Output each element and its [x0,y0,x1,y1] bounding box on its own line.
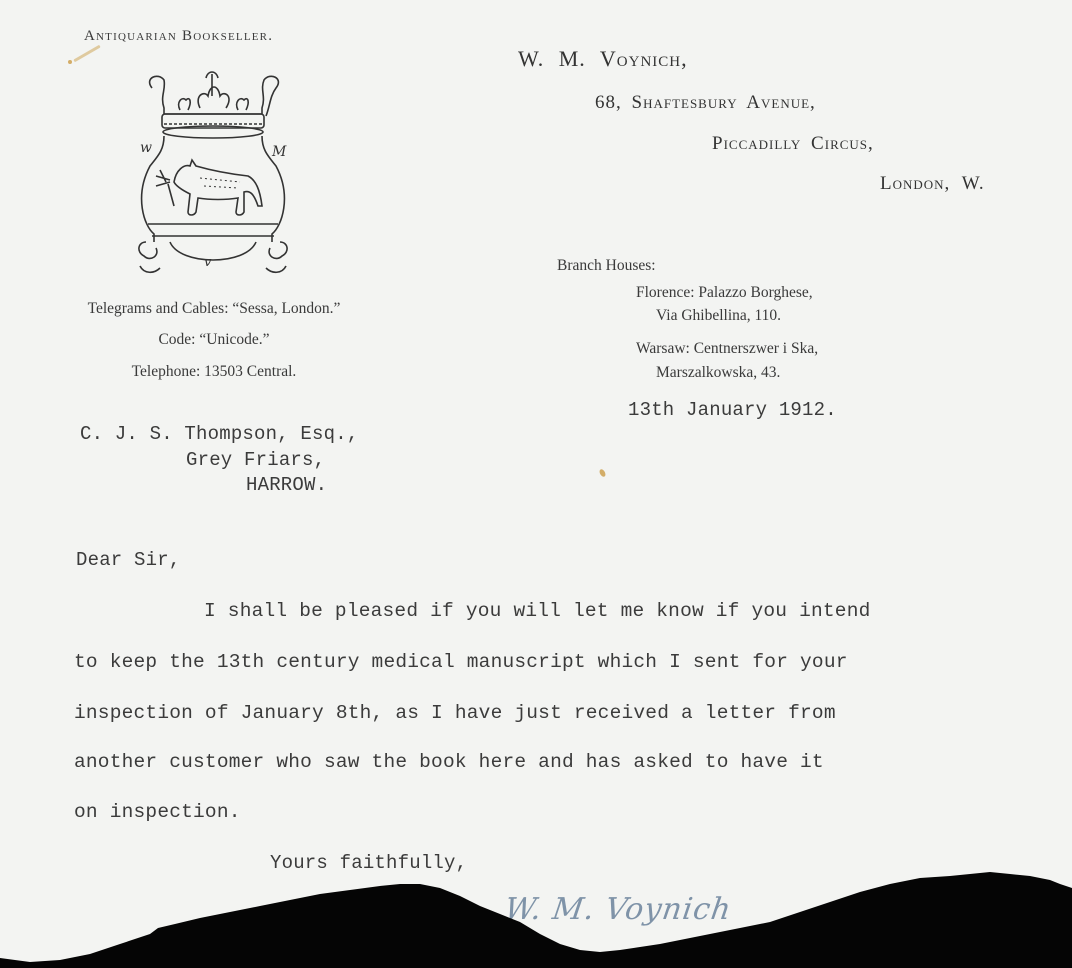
branch-florence-line-2: Via Ghibellina, 110. [656,307,781,325]
body-line: I shall be pleased if you will let me kn… [204,600,871,622]
letter-page: Antiquarian Bookseller. w M v Telegrams … [0,0,1072,968]
body-line: inspection of January 8th, as I have jus… [74,702,836,724]
closing: Yours faithfully, [270,852,467,874]
letter-date: 13th January 1912. [628,399,837,421]
svg-text:w: w [140,140,152,156]
svg-text:v: v [204,255,212,270]
body-line: to keep the 13th century medical manuscr… [74,651,848,673]
address-line-1: 68, Shaftesbury Avenue, [595,92,816,114]
branch-florence-line-1: Florence: Palazzo Borghese, [636,284,813,302]
branch-warsaw-line-1: Warsaw: Centnerszwer i Ska, [636,340,818,358]
salutation: Dear Sir, [76,549,180,571]
ink-stain [598,468,606,477]
svg-text:M: M [271,144,287,160]
ink-stain [68,60,72,64]
address-line-3: London, W. [880,173,985,195]
code-info: Code: “Unicode.” [4,331,424,349]
body-line: on inspection. [74,801,241,823]
crest-logo-icon: w M v [130,66,295,286]
telephone-info: Telephone: 13503 Central. [4,363,424,381]
signature: W. M. Voynich [503,892,734,927]
recipient-address-2: HARROW. [246,474,327,496]
sender-name: W. M. Voynich, [518,46,688,72]
branch-houses-label: Branch Houses: [557,257,656,275]
recipient-address-1: Grey Friars, [186,449,325,471]
branch-warsaw-line-2: Marszalkowska, 43. [656,364,780,382]
address-line-2: Piccadilly Circus, [712,133,874,155]
ink-stain [73,45,100,63]
telegrams-info: Telegrams and Cables: “Sessa, London.” [4,300,424,318]
recipient-name: C. J. S. Thompson, Esq., [80,423,358,445]
letterhead-tagline: Antiquarian Bookseller. [84,28,273,45]
body-line: another customer who saw the book here a… [74,751,824,773]
